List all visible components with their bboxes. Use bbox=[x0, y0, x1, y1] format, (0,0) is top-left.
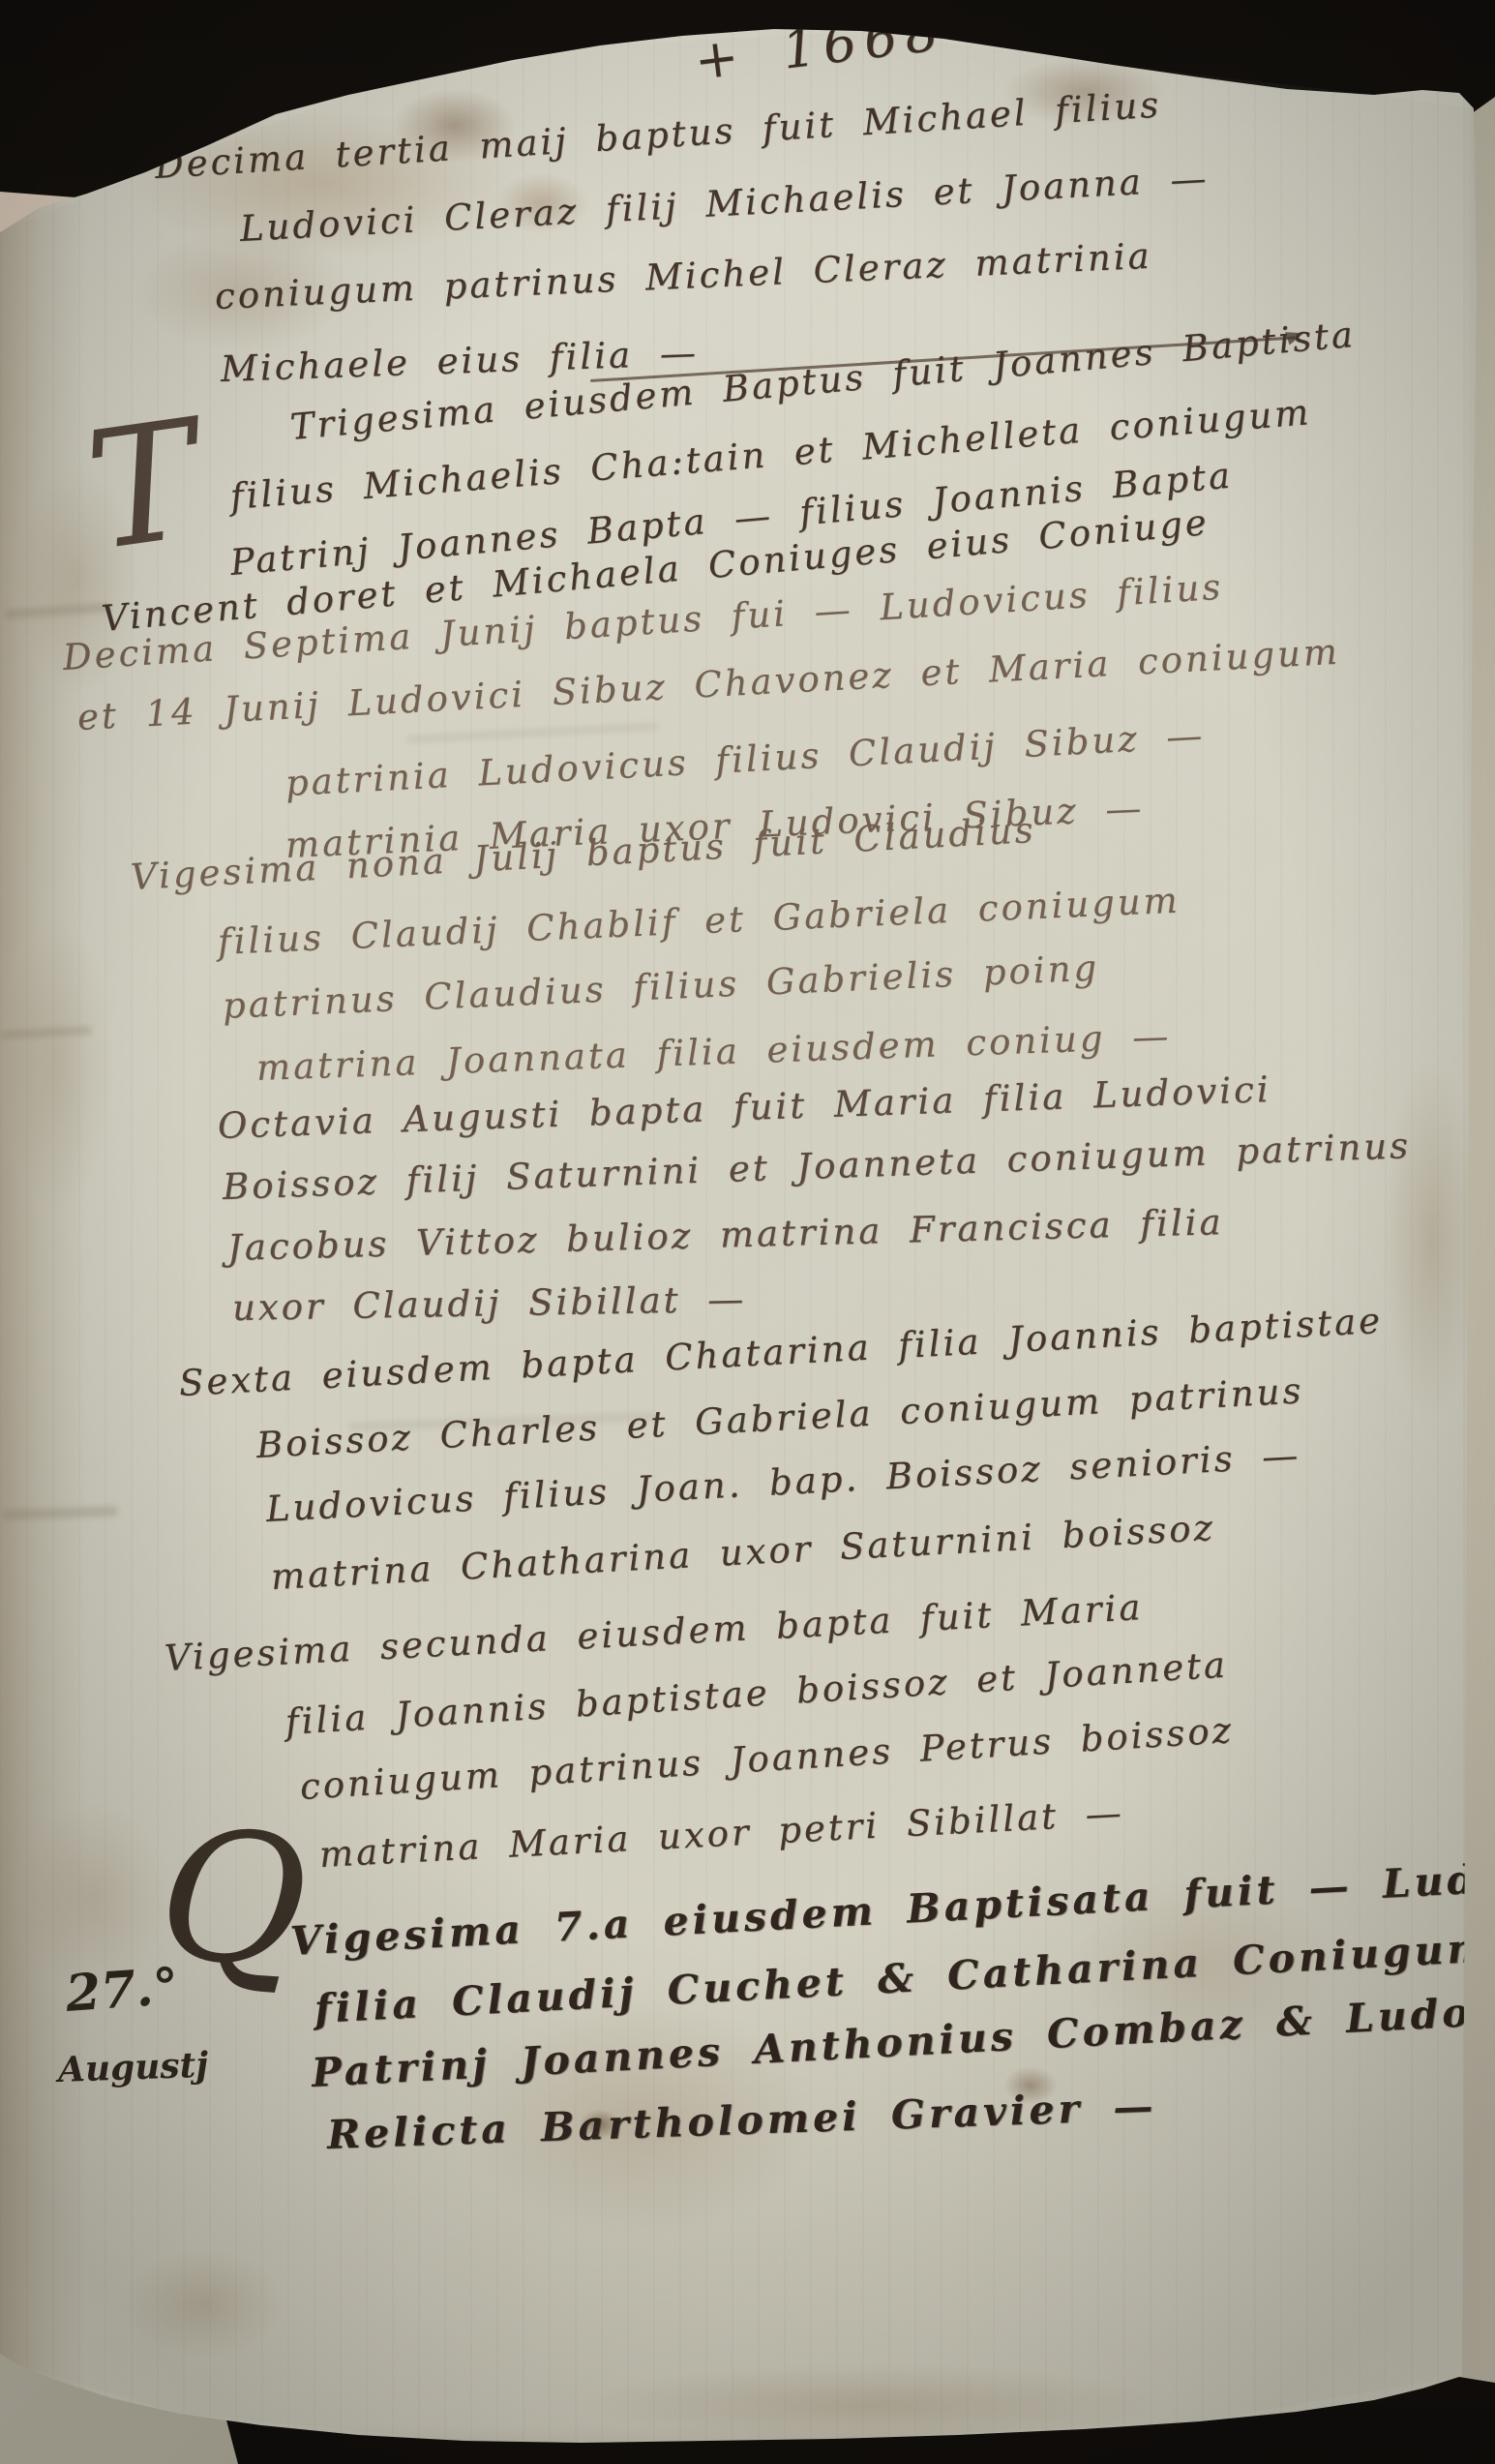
ink-showthrough-mark bbox=[0, 1026, 92, 1039]
register-line: coniugum patrinus Michel Cleraz matrinia bbox=[214, 235, 1152, 317]
manuscript-page: + 1668 Decima tertia maij baptus fuit Mi… bbox=[0, 0, 1495, 2464]
register-line: uxor Claudij Sibillat — bbox=[232, 1278, 747, 1329]
register-line: patrinus Claudius filius Gabrielis poing bbox=[222, 947, 1100, 1027]
photo-background: + 1668 Decima tertia maij baptus fuit Mi… bbox=[0, 0, 1495, 2464]
margin-date-month: Augustj bbox=[57, 2045, 209, 2090]
margin-date-day: 27.° bbox=[64, 1957, 180, 2024]
ink-showthrough-mark bbox=[4, 602, 110, 619]
decorative-initial-q: Q bbox=[154, 1805, 313, 1994]
decorative-initial-t: T bbox=[78, 398, 208, 574]
ink-showthrough-mark bbox=[406, 722, 658, 743]
register-line: Relicta Bartholomei Gravier — bbox=[326, 2083, 1157, 2158]
year-heading: + 1668 bbox=[691, 0, 949, 91]
ink-showthrough-mark bbox=[2, 1506, 118, 1520]
register-line: Jacobus Vittoz bulioz matrina Francisca … bbox=[226, 1201, 1224, 1269]
register-line: matrina Maria uxor petri Sibillat — bbox=[318, 1791, 1125, 1876]
